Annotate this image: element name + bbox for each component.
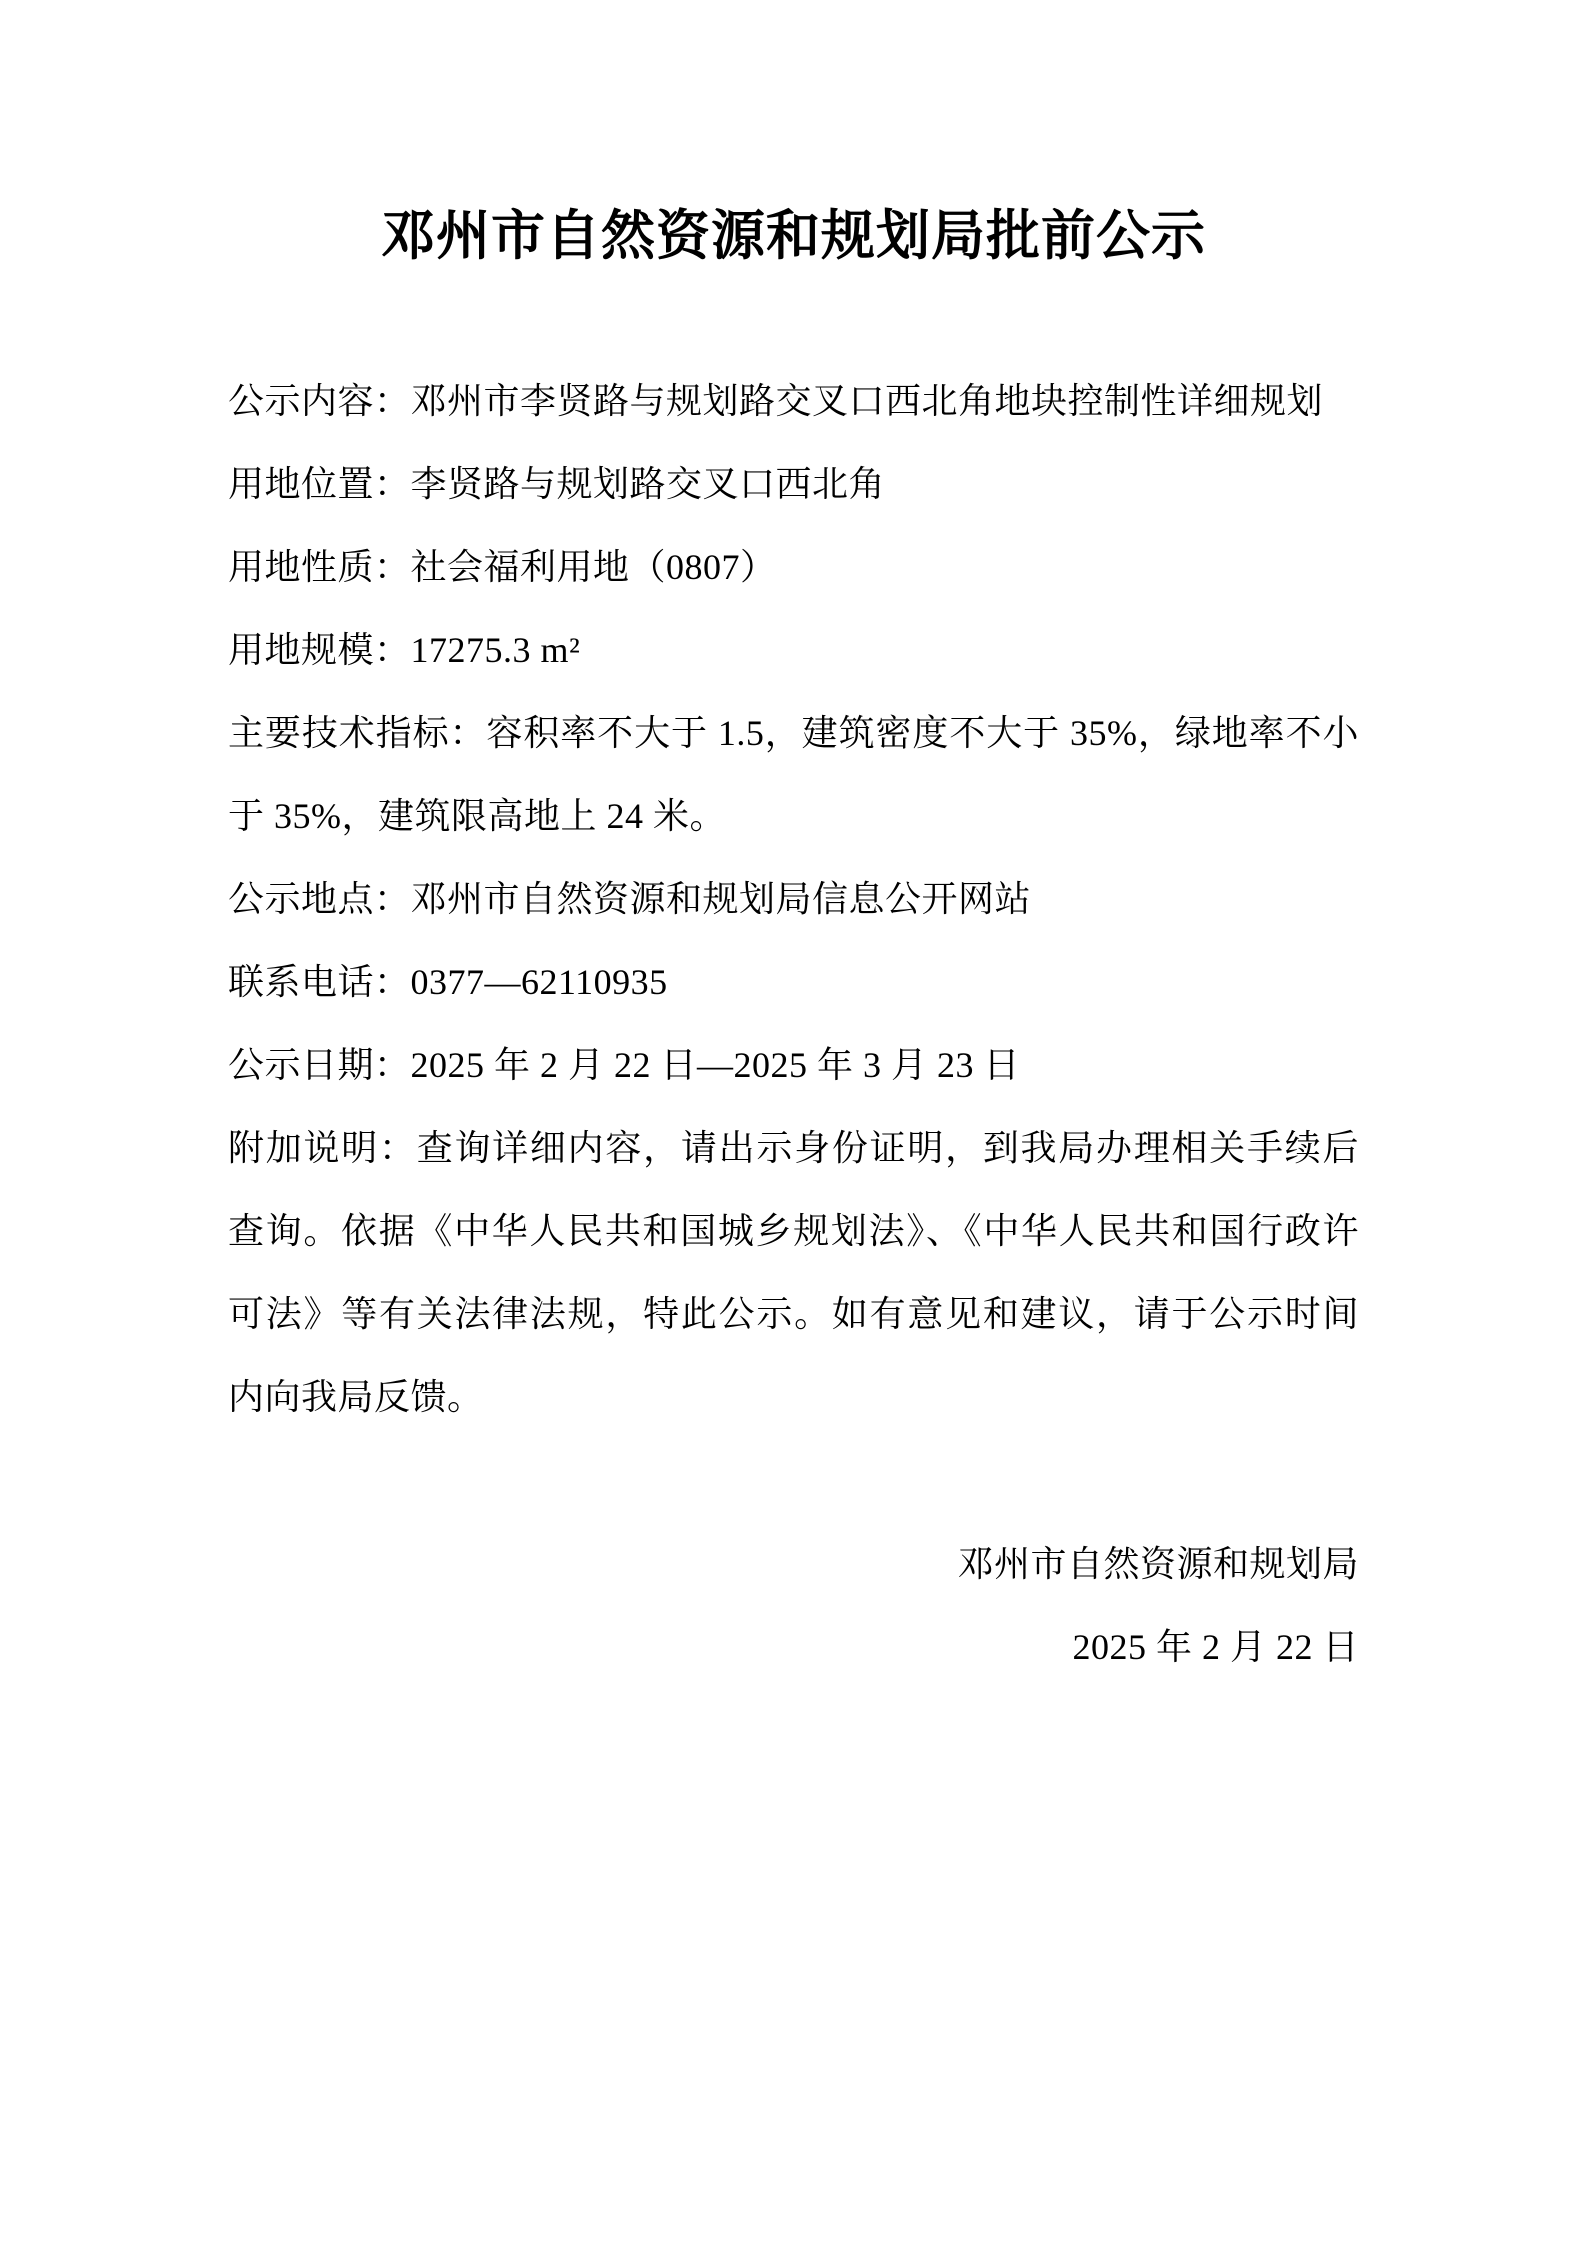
signature-date: 2025 年 2 月 22 日	[228, 1606, 1359, 1689]
signature-block: 邓州市自然资源和规划局 2025 年 2 月 22 日	[228, 1523, 1359, 1689]
page-title: 邓州市自然资源和规划局批前公示	[228, 200, 1359, 272]
para-public-content: 公示内容：邓州市李贤路与规划路交叉口西北角地块控制性详细规划	[228, 360, 1359, 443]
notice-body: 公示内容：邓州市李贤路与规划路交叉口西北角地块控制性详细规划 用地位置：李贤路与…	[228, 360, 1359, 1439]
notice-page: 邓州市自然资源和规划局批前公示 公示内容：邓州市李贤路与规划路交叉口西北角地块控…	[0, 0, 1587, 2245]
signature-org: 邓州市自然资源和规划局	[228, 1523, 1359, 1606]
para-additional-notes: 附加说明：查询详细内容，请出示身份证明，到我局办理相关手续后查询。依据《中华人民…	[228, 1107, 1359, 1439]
para-public-dates: 公示日期：2025 年 2 月 22 日—2025 年 3 月 23 日	[228, 1024, 1359, 1107]
para-tech-indicators: 主要技术指标：容积率不大于 1.5，建筑密度不大于 35%，绿地率不小于 35%…	[228, 692, 1359, 858]
para-land-use-nature: 用地性质：社会福利用地（0807）	[228, 526, 1359, 609]
para-public-place: 公示地点：邓州市自然资源和规划局信息公开网站	[228, 858, 1359, 941]
para-land-location: 用地位置：李贤路与规划路交叉口西北角	[228, 443, 1359, 526]
para-contact-phone: 联系电话：0377—62110935	[228, 941, 1359, 1024]
para-land-scale: 用地规模：17275.3 m²	[228, 609, 1359, 692]
